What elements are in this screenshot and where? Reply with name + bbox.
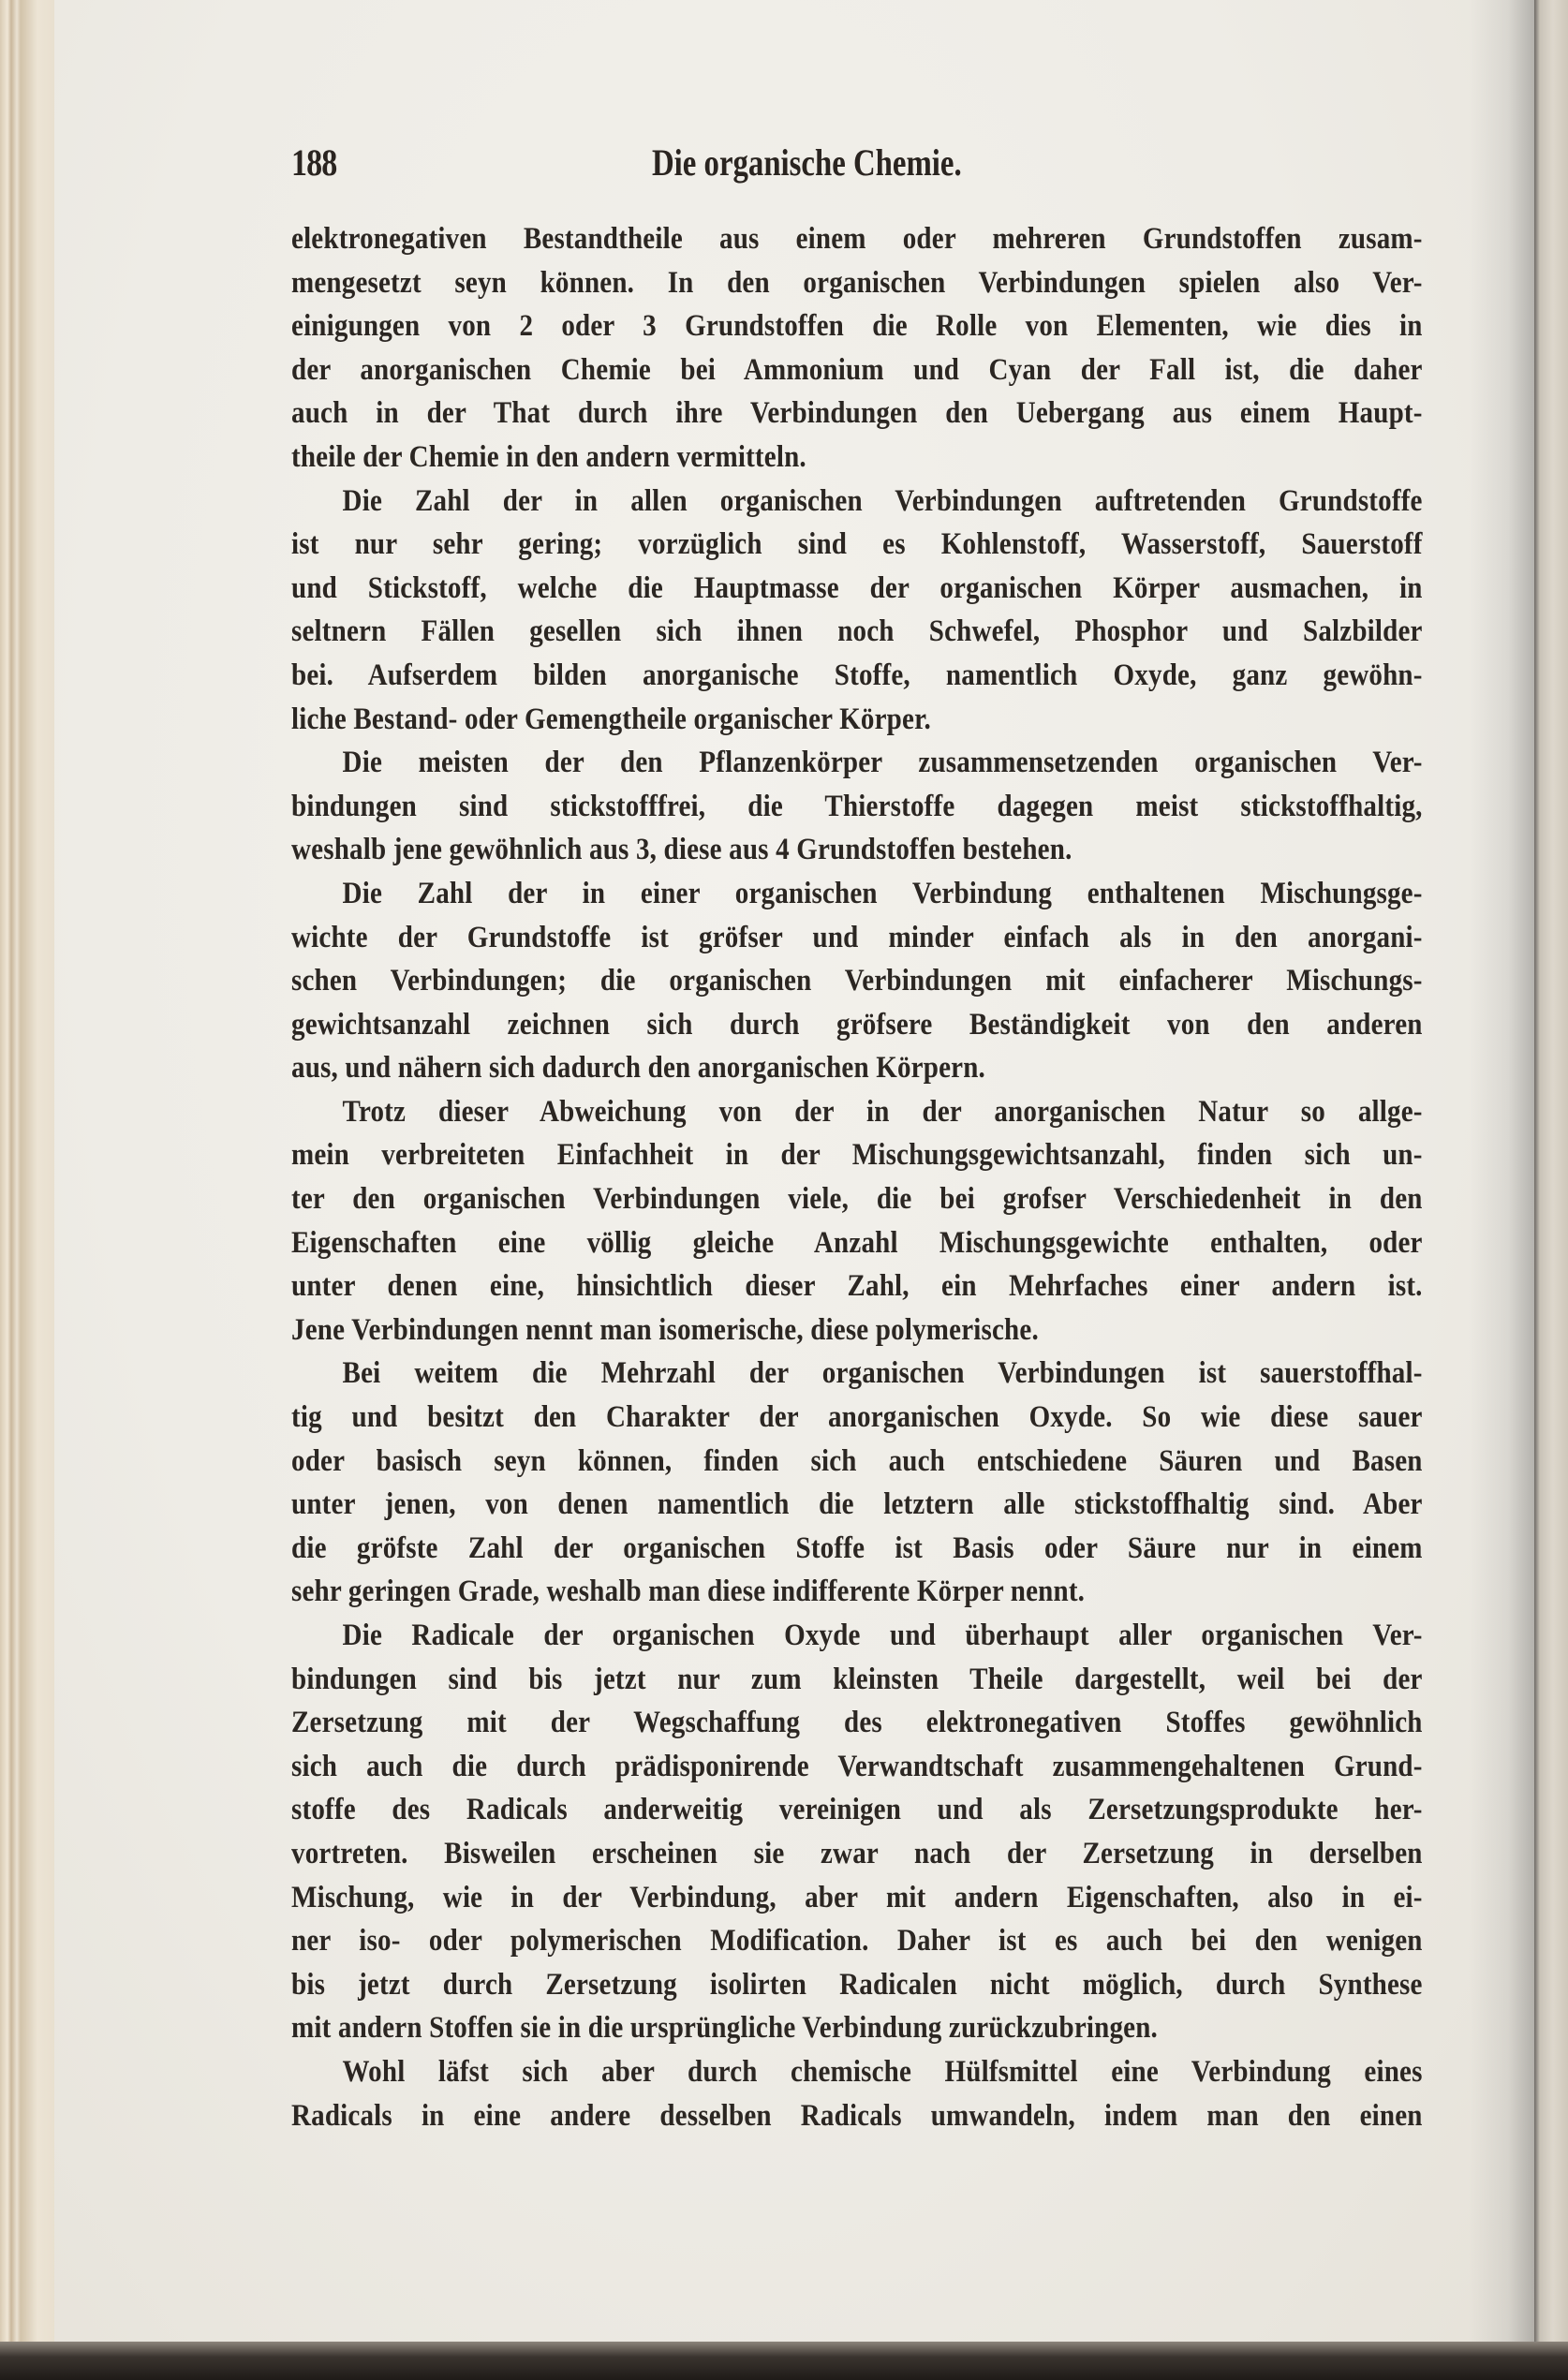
page-number: 188 <box>291 140 336 185</box>
text-line: unter jenen, von denen namentlich die le… <box>291 1483 1423 1527</box>
text-line: stoffe des Radicals anderweitig vereinig… <box>291 1788 1423 1832</box>
text-line: ter den organischen Verbindungen viele, … <box>291 1177 1423 1221</box>
text-line: bindungen sind bis jetzt nur zum kleinst… <box>291 1658 1423 1702</box>
paragraph-first-line: Bei weitem die Mehrzahl der organischen … <box>291 1352 1423 1396</box>
text-line: ner iso- oder polymerischen Modification… <box>291 1919 1423 1963</box>
text-line: bis jetzt durch Zersetzung isolirten Rad… <box>291 1963 1423 2007</box>
text-line: Eigenschaften eine völlig gleiche Anzahl… <box>291 1221 1423 1265</box>
bottom-shadow <box>0 2342 1568 2380</box>
text-line: schen Verbindungen; die organischen Verb… <box>291 959 1423 1003</box>
paragraph-first-line: Die Zahl der in allen organischen Verbin… <box>291 480 1423 524</box>
text-line: gewichtsanzahl zeichnen sich durch gröfs… <box>291 1003 1423 1047</box>
paragraph-first-line: Wohl läfst sich aber durch chemische Hül… <box>291 2050 1423 2094</box>
text-line: tig und besitzt den Charakter der anorga… <box>291 1396 1423 1440</box>
running-title: Die organische Chemie. <box>652 140 962 185</box>
text-line: Zersetzung mit der Wegschaffung des elek… <box>291 1701 1423 1745</box>
text-line: liche Bestand- oder Gemengtheile organis… <box>291 698 1423 742</box>
text-line: oder basisch seyn können, finden sich au… <box>291 1440 1423 1484</box>
text-line: mein verbreiteten Einfachheit in der Mis… <box>291 1133 1423 1177</box>
paragraph-first-line: Die meisten der den Pflanzenkörper zusam… <box>291 741 1423 785</box>
text-line: vortreten. Bisweilen erscheinen sie zwar… <box>291 1832 1423 1876</box>
text-line: und Stickstoff, welche die Hauptmasse de… <box>291 567 1423 611</box>
paragraph-first-line: Die Radicale der organischen Oxyde und ü… <box>291 1614 1423 1658</box>
text-line: sehr geringen Grade, weshalb man diese i… <box>291 1570 1423 1614</box>
text-line: seltnern Fällen gesellen sich ihnen noch… <box>291 610 1423 654</box>
text-line: sich auch die durch prädisponirende Verw… <box>291 1745 1423 1789</box>
text-line: auch in der That durch ihre Verbindungen… <box>291 392 1423 436</box>
text-line: bei. Aufserdem bilden anorganische Stoff… <box>291 654 1423 698</box>
text-line: mit andern Stoffen sie in die ursprüngli… <box>291 2006 1423 2050</box>
text-line: wichte der Grundstoffe ist gröfser und m… <box>291 916 1423 960</box>
text-line: Jene Verbindungen nennt man isomerische,… <box>291 1308 1423 1353</box>
book-spine-right <box>1534 0 1568 2380</box>
text-line: unter denen eine, hinsichtlich dieser Za… <box>291 1264 1423 1308</box>
text-line: aus, und nähern sich dadurch den anorgan… <box>291 1046 1423 1090</box>
text-line: Radicals in eine andere desselben Radica… <box>291 2094 1423 2138</box>
paragraph-first-line: Die Zahl der in einer organischen Verbin… <box>291 872 1423 916</box>
text-line: ist nur sehr gering; vorzüglich sind es … <box>291 523 1423 567</box>
text-line: weshalb jene gewöhnlich aus 3, diese aus… <box>291 828 1423 872</box>
page-header: 188 Die organische Chemie. <box>291 140 1420 197</box>
text-line: elektronegativen Bestandtheile aus einem… <box>291 217 1423 261</box>
text-line: bindungen sind stickstofffrei, die Thier… <box>291 785 1423 829</box>
body-text: elektronegativen Bestandtheile aus einem… <box>291 217 1423 2137</box>
text-line: Mischung, wie in der Verbindung, aber mi… <box>291 1876 1423 1920</box>
text-line: der anorganischen Chemie bei Ammonium un… <box>291 348 1423 392</box>
text-line: theile der Chemie in den andern vermitte… <box>291 436 1423 480</box>
text-line: mengesetzt seyn können. In den organisch… <box>291 261 1423 305</box>
text-line: einigungen von 2 oder 3 Grundstoffen die… <box>291 304 1423 348</box>
paragraph-first-line: Trotz dieser Abweichung von der in der a… <box>291 1090 1423 1134</box>
text-line: die gröfste Zahl der organischen Stoffe … <box>291 1527 1423 1571</box>
